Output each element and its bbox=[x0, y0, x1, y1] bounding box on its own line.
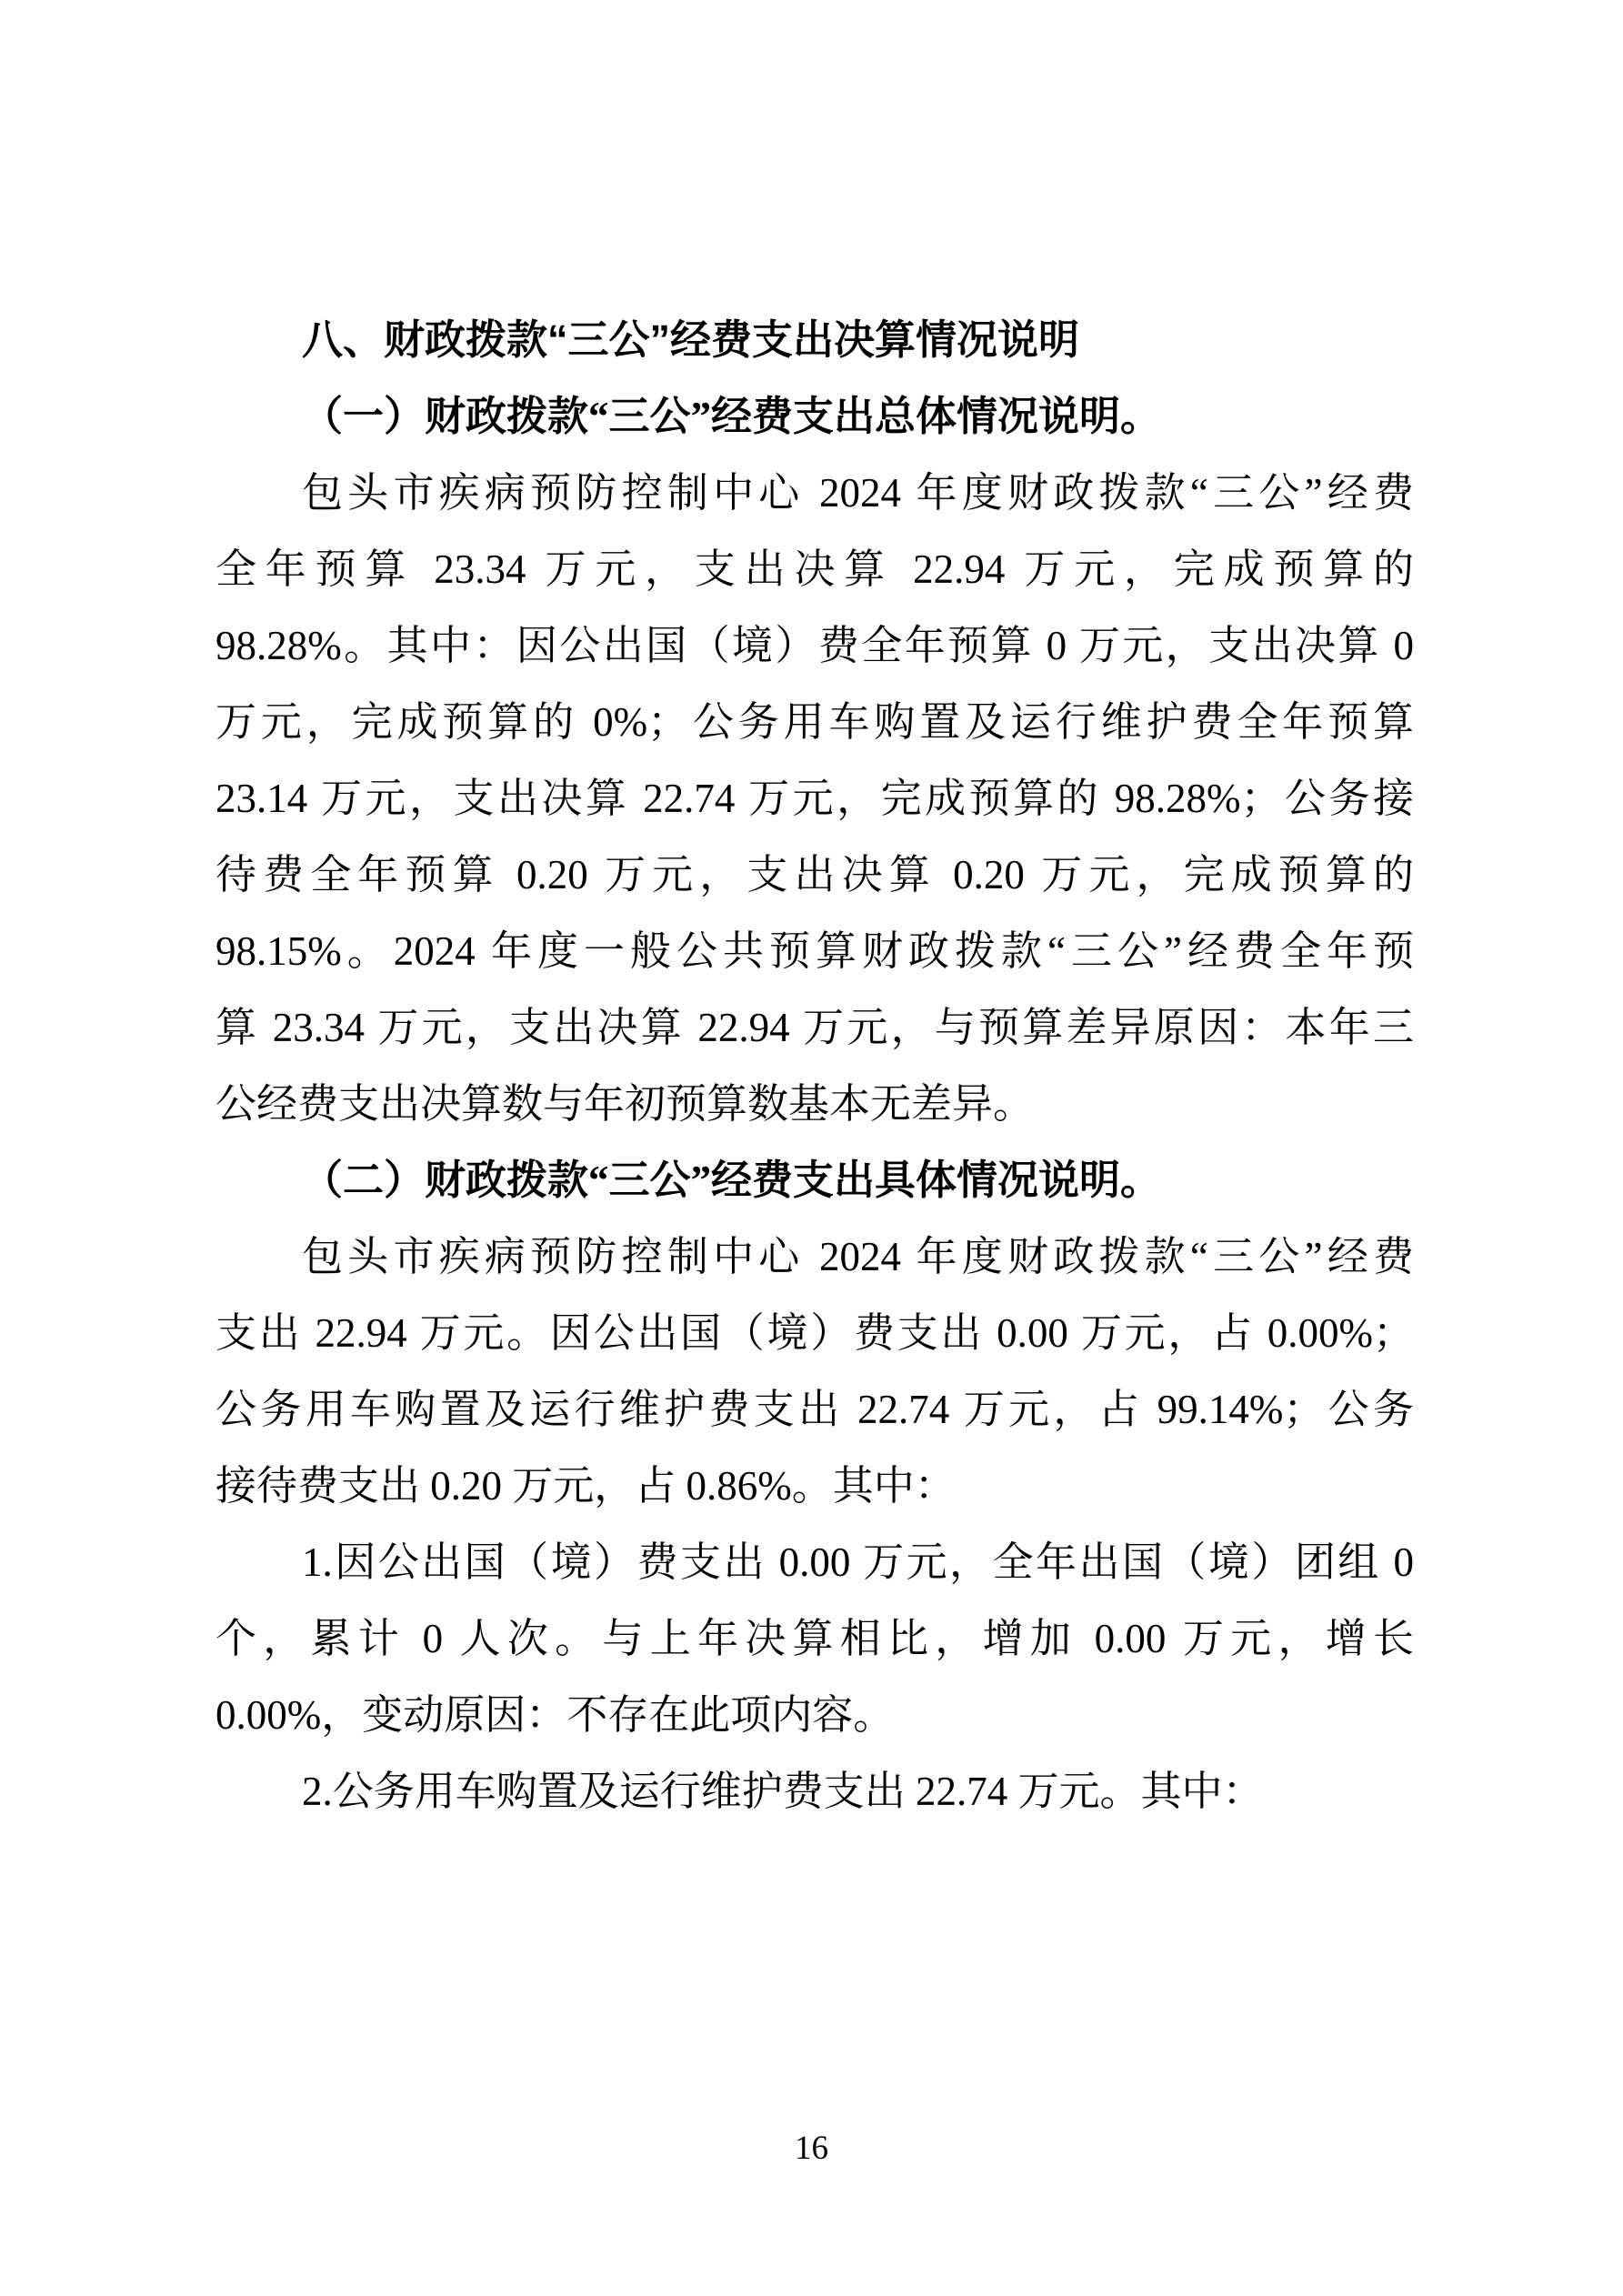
paragraph-1-line: 98.28%。其中：因公出国（境）费全年预算 0 万元，支出决算 0 bbox=[215, 607, 1414, 684]
paragraph-2-line: 包头市疾病预防控制中心 2024 年度财政拨款“三公”经费 bbox=[215, 1218, 1414, 1295]
paragraph-1-line: 万元，完成预算的 0%；公务用车购置及运行维护费全年预算 bbox=[215, 684, 1414, 760]
paragraph-1-line: 算 23.34 万元，支出决算 22.94 万元，与预算差异原因：本年三 bbox=[215, 989, 1414, 1066]
paragraph-2-line: 接待费支出 0.20 万元，占 0.86%。其中： bbox=[215, 1448, 1414, 1524]
subsection-1-heading: （一）财政拨款“三公”经费支出总体情况说明。 bbox=[215, 378, 1414, 455]
paragraph-1-line: 公经费支出决算数与年初预算数基本无差异。 bbox=[215, 1066, 1414, 1142]
page-number: 16 bbox=[0, 2126, 1623, 2171]
paragraph-2-line: 支出 22.94 万元。因公出国（境）费支出 0.00 万元，占 0.00%； bbox=[215, 1295, 1414, 1371]
paragraph-1-line: 全年预算 23.34 万元，支出决算 22.94 万元，完成预算的 bbox=[215, 531, 1414, 607]
paragraph-4-line: 2.公务用车购置及运行维护费支出 22.74 万元。其中： bbox=[215, 1753, 1414, 1830]
paragraph-1-line: 23.14 万元，支出决算 22.74 万元，完成预算的 98.28%；公务接 bbox=[215, 760, 1414, 837]
paragraph-1-line: 包头市疾病预防控制中心 2024 年度财政拨款“三公”经费 bbox=[215, 455, 1414, 531]
paragraph-1-line: 98.15%。2024 年度一般公共预算财政拨款“三公”经费全年预 bbox=[215, 913, 1414, 989]
document-body: 八、财政拨款“三公”经费支出决算情况说明 （一）财政拨款“三公”经费支出总体情况… bbox=[215, 302, 1414, 1830]
paragraph-3-line: 1.因公出国（境）费支出 0.00 万元，全年出国（境）团组 0 bbox=[215, 1524, 1414, 1600]
subsection-2-heading: （二）财政拨款“三公”经费支出具体情况说明。 bbox=[215, 1142, 1414, 1218]
section-heading: 八、财政拨款“三公”经费支出决算情况说明 bbox=[215, 302, 1414, 378]
paragraph-2-line: 公务用车购置及运行维护费支出 22.74 万元，占 99.14%；公务 bbox=[215, 1371, 1414, 1448]
document-page: 八、财政拨款“三公”经费支出决算情况说明 （一）财政拨款“三公”经费支出总体情况… bbox=[0, 0, 1623, 2296]
paragraph-1-line: 待费全年预算 0.20 万元，支出决算 0.20 万元，完成预算的 bbox=[215, 837, 1414, 913]
paragraph-3-line: 0.00%，变动原因：不存在此项内容。 bbox=[215, 1677, 1414, 1753]
paragraph-3-line: 个，累计 0 人次。与上年决算相比，增加 0.00 万元，增长 bbox=[215, 1600, 1414, 1677]
